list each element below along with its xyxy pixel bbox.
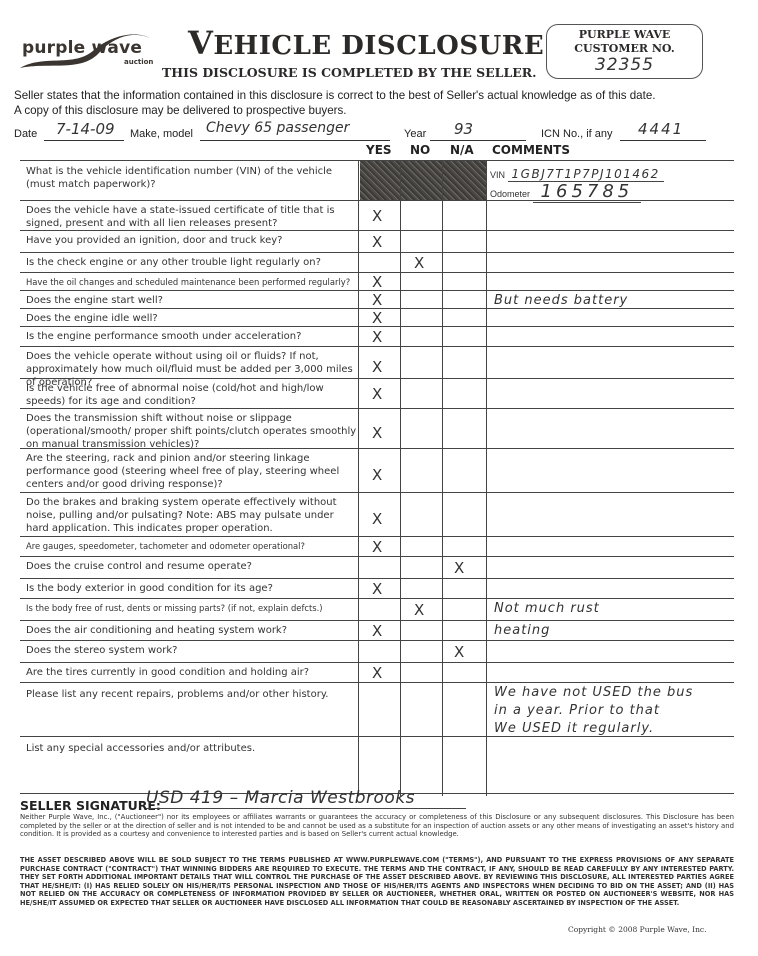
answer-checkbox-na[interactable] [454,358,468,372]
page-title: VEHICLE DISCLOSURE [188,24,544,62]
question-row: List any special accessories and/or attr… [20,736,734,796]
answer-checkbox-no[interactable] [414,705,428,719]
question-row: Have the oil changes and scheduled maint… [20,272,734,290]
question-row: Are the tires currently in good conditio… [20,662,734,682]
column-header-no: NO [410,143,430,157]
answer-checkbox-no[interactable] [414,466,428,480]
answer-checkbox-yes[interactable] [372,254,386,268]
question-row: Does the vehicle have a state-issued cer… [20,200,734,230]
answer-checkbox-no[interactable] [414,559,428,573]
comment-field[interactable]: We USED it regularly. [494,721,654,736]
comment-field[interactable]: heating [494,623,550,638]
answer-checkbox-na[interactable] [454,510,468,524]
question-row: Does the engine idle well?X [20,308,734,326]
answer-checkbox-yes[interactable] [372,559,386,573]
logo-subtext: auction [124,58,153,66]
answer-checkbox-na[interactable] [454,328,468,342]
question-row: Is the engine performance smooth under a… [20,326,734,346]
answer-checkbox-yes[interactable] [372,643,386,657]
seller-signature-field[interactable]: USD 419 – Marcia Westbrooks [146,788,415,808]
question-text: Is the engine performance smooth under a… [26,330,358,343]
question-text: Do the brakes and braking system operate… [26,496,358,535]
answer-checkbox-no[interactable] [414,643,428,657]
column-header-comments: COMMENTS [492,143,570,157]
column-divider [358,160,359,796]
purple-wave-logo: purple wave auction [14,24,154,74]
icn-line [620,140,706,141]
vin-field[interactable]: 1GBJ7T1P7PJ101462 [508,167,664,182]
icn-label: ICN No., if any [541,128,613,140]
odometer-label: Odometer [490,189,530,199]
shaded-cells [360,161,486,201]
seller-signature-label: SELLER SIGNATURE: [20,798,161,813]
answer-checkbox-na[interactable] [454,538,468,552]
answer-checkbox-no[interactable] [414,273,428,287]
comment-field[interactable]: But needs battery [494,293,628,308]
question-text: Does the engine start well? [26,294,358,307]
answer-checkbox-na[interactable] [454,233,468,247]
column-divider [486,160,487,796]
answer-checkbox-yes[interactable]: X [372,538,386,556]
question-row: Is the body exterior in good condition f… [20,578,734,598]
answer-checkbox-yes[interactable]: X [372,622,386,640]
answer-checkbox-na[interactable] [454,424,468,438]
answer-checkbox-na[interactable] [454,273,468,287]
answer-checkbox-no[interactable] [414,510,428,524]
comment-field[interactable]: in a year. Prior to that [494,703,660,718]
question-text: Please list any recent repairs, problems… [26,688,358,701]
answer-checkbox-na[interactable] [454,664,468,678]
copyright-text: Copyright © 2008 Purple Wave, Inc. [568,925,707,934]
question-text: Is the body free of rust, dents or missi… [26,602,358,615]
question-row: Is the vehicle free of abnormal noise (c… [20,378,734,408]
answer-checkbox-na[interactable] [454,601,468,615]
customer-number-box: PURPLE WAVE CUSTOMER NO. 32355 [546,24,703,79]
answer-checkbox-na[interactable] [454,385,468,399]
question-row: Does the vehicle operate without using o… [20,346,734,378]
column-divider [442,160,443,796]
answer-checkbox-yes[interactable] [372,705,386,719]
answer-checkbox-yes[interactable]: X [372,309,386,327]
answer-checkbox-no[interactable] [414,538,428,552]
question-text: Does the air conditioning and heating sy… [26,624,358,637]
question-text: Is the vehicle free of abnormal noise (c… [26,382,358,408]
question-text: Does the transmission shift without nois… [26,412,358,451]
make-model-label: Make, model [130,128,193,140]
answer-checkbox-yes[interactable] [372,601,386,615]
answer-checkbox-yes[interactable]: X [372,291,386,309]
vin-row: What is the vehicle identification numbe… [20,160,734,200]
vehicle-info-fields: Date 7-14-09 Make, model Chevy 65 passen… [14,120,744,142]
answer-checkbox-na[interactable] [454,309,468,323]
answer-checkbox-no[interactable] [414,622,428,636]
answer-checkbox-no[interactable] [414,664,428,678]
vin-question: What is the vehicle identification numbe… [26,165,346,191]
page-subtitle: THIS DISCLOSURE IS COMPLETED BY THE SELL… [162,65,537,80]
vin-label: VIN [490,170,505,180]
answer-checkbox-yes[interactable]: X [372,424,386,442]
answer-checkbox-na[interactable] [454,705,468,719]
answer-checkbox-yes[interactable]: X [372,510,386,528]
answer-checkbox-na[interactable] [454,254,468,268]
question-row: Please list any recent repairs, problems… [20,682,734,736]
date-line [44,140,124,141]
answer-checkbox-no[interactable] [414,207,428,221]
answer-checkbox-na[interactable] [454,622,468,636]
answer-checkbox-na[interactable] [454,207,468,221]
signature-line [146,808,466,809]
year-line [430,140,526,141]
answer-checkbox-no[interactable] [414,291,428,305]
disclaimer-text: Neither Purple Wave, Inc., ("Auctioneer"… [20,813,734,839]
column-divider [400,160,401,796]
answer-checkbox-no[interactable] [414,385,428,399]
answer-checkbox-no[interactable] [414,328,428,342]
question-row: Does the stereo system work?X [20,640,734,662]
year-label: Year [404,128,426,140]
answer-checkbox-yes[interactable]: X [372,385,386,403]
question-row: Is the body free of rust, dents or missi… [20,598,734,620]
make-model-line [200,140,390,141]
answer-checkbox-yes[interactable] [372,762,386,776]
answer-checkbox-na[interactable] [454,291,468,305]
answer-checkbox-no[interactable]: X [414,601,428,619]
question-text: Is the check engine or any other trouble… [26,256,358,269]
answer-checkbox-no[interactable] [414,233,428,247]
question-row: Have you provided an ignition, door and … [20,230,734,252]
question-row: Does the cruise control and resume opera… [20,556,734,578]
question-text: Are the tires currently in good conditio… [26,666,358,679]
answer-checkbox-no[interactable] [414,580,428,594]
answer-checkbox-yes[interactable]: X [372,580,386,598]
question-text: Have you provided an ignition, door and … [26,234,358,247]
date-field[interactable]: 7-14-09 [56,120,115,138]
answer-checkbox-yes[interactable]: X [372,207,386,225]
customer-number-value[interactable]: 32355 [547,56,702,74]
question-row: Does the engine start well?XBut needs ba… [20,290,734,308]
answer-checkbox-yes[interactable]: X [372,358,386,376]
odometer-field-group: Odometer 165785 [490,181,641,202]
answer-checkbox-no[interactable] [414,762,428,776]
answer-checkbox-yes[interactable]: X [372,273,386,291]
answer-checkbox-no[interactable] [414,309,428,323]
comment-field[interactable]: We have not USED the bus [494,685,693,700]
answer-checkbox-na[interactable] [454,762,468,776]
answer-checkbox-na[interactable]: X [454,559,468,577]
question-row: Does the air conditioning and heating sy… [20,620,734,640]
answer-checkbox-no[interactable] [414,358,428,372]
vin-field-group: VIN 1GBJ7T1P7PJ101462 [490,167,664,181]
question-text: Are the steering, rack and pinion and/or… [26,452,358,491]
intro-statement: Seller states that the information conta… [14,88,744,118]
answer-checkbox-na[interactable] [454,580,468,594]
column-header-yes: YES [366,143,392,157]
question-row: Are the steering, rack and pinion and/or… [20,448,734,492]
question-text: Does the vehicle have a state-issued cer… [26,204,358,230]
comment-field[interactable]: Not much rust [494,601,600,616]
question-text: Is the body exterior in good condition f… [26,582,358,595]
column-header-na: N/A [450,143,474,157]
answer-checkbox-yes[interactable]: X [372,664,386,682]
question-row: Does the transmission shift without nois… [20,408,734,448]
question-text: Does the engine idle well? [26,312,358,325]
customer-number-label: PURPLE WAVE CUSTOMER NO. [547,28,702,56]
answer-checkbox-na[interactable] [454,466,468,480]
answer-checkbox-no[interactable] [414,424,428,438]
answer-checkbox-yes[interactable]: X [372,466,386,484]
question-text: Have the oil changes and scheduled maint… [26,276,358,289]
question-row: Do the brakes and braking system operate… [20,492,734,536]
answer-checkbox-yes[interactable]: X [372,233,386,251]
icn-field[interactable]: 4441 [638,120,684,138]
terms-text: THE ASSET DESCRIBED ABOVE WILL BE SOLD S… [20,856,734,907]
question-text: Does the cruise control and resume opera… [26,560,358,573]
question-text: Are gauges, speedometer, tachometer and … [26,540,358,553]
logo-text: purple wave [22,38,142,58]
question-text: List any special accessories and/or attr… [26,742,358,755]
answer-checkbox-no[interactable]: X [414,254,428,272]
answer-checkbox-na[interactable]: X [454,643,468,661]
make-model-field[interactable]: Chevy 65 passenger [206,120,349,136]
question-row: Are gauges, speedometer, tachometer and … [20,536,734,556]
question-text: Does the stereo system work? [26,644,358,657]
question-row: Is the check engine or any other trouble… [20,252,734,272]
year-field[interactable]: 93 [454,120,473,138]
date-label: Date [14,128,37,140]
answer-checkbox-yes[interactable]: X [372,328,386,346]
